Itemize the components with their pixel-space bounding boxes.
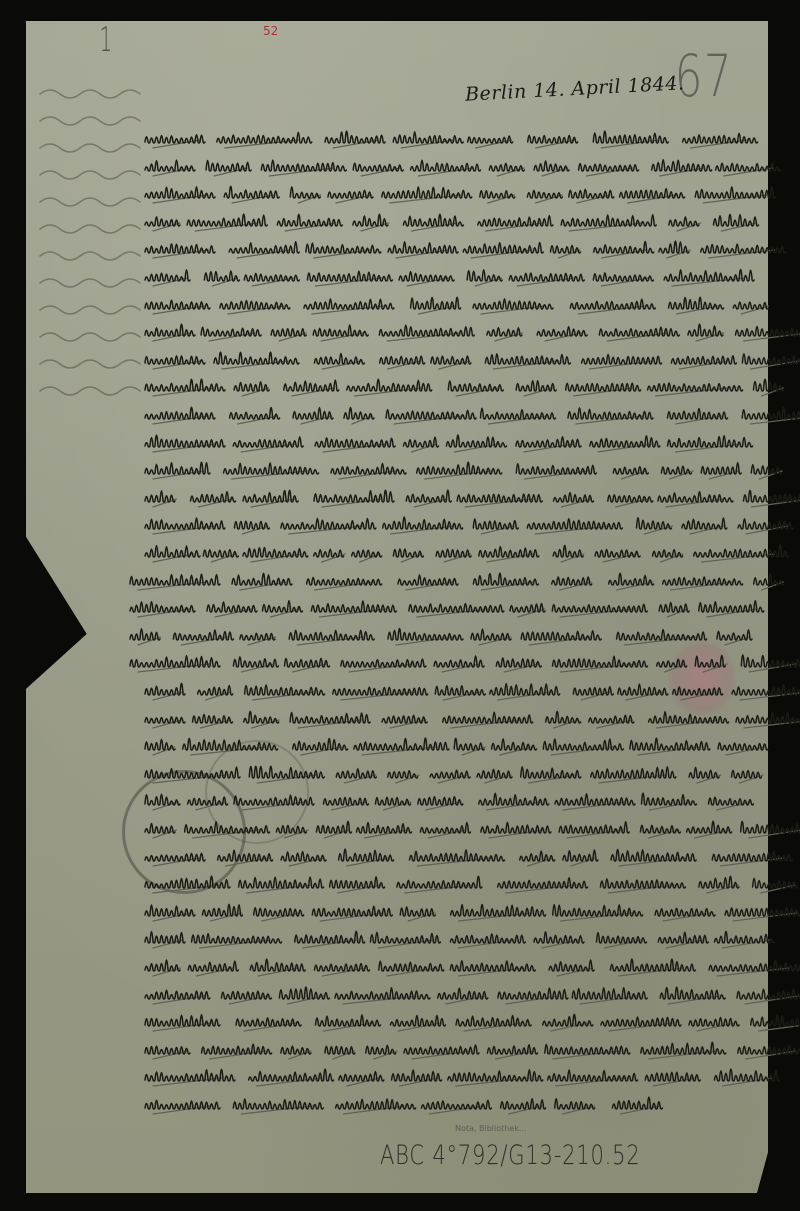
- shelfmark: ABC 4°792/G13-210.52: [380, 1140, 640, 1171]
- handwritten-line: [145, 763, 765, 787]
- handwritten-line: [145, 376, 765, 400]
- handwritten-line: [145, 211, 765, 235]
- bleed-through-line: [40, 269, 140, 293]
- handwritten-line: [145, 873, 765, 897]
- handwritten-line: [145, 790, 765, 814]
- bleed-through-line: [40, 215, 140, 239]
- bleed-through-line: [40, 242, 140, 266]
- folio-number-left: 1: [99, 20, 112, 60]
- handwritten-line: [145, 956, 765, 980]
- handwritten-line: [145, 349, 765, 373]
- bleed-through-line: [40, 188, 140, 212]
- red-page-number: 52: [263, 24, 278, 38]
- bleed-through-line: [40, 134, 140, 158]
- handwritten-line: [145, 183, 765, 207]
- handwritten-line: [145, 846, 765, 870]
- handwritten-line: [145, 542, 765, 566]
- bleed-through-line: [40, 80, 140, 104]
- bleed-through-line: [40, 107, 140, 131]
- handwritten-line: [145, 818, 765, 842]
- handwritten-line: [145, 984, 765, 1008]
- handwritten-line: [145, 432, 765, 456]
- handwritten-line: [145, 708, 765, 732]
- handwritten-line: [130, 570, 765, 594]
- handwritten-line: [145, 1094, 640, 1118]
- bleed-through-line: [40, 161, 140, 185]
- handwritten-line: [145, 321, 765, 345]
- bleed-through-line: [40, 377, 140, 401]
- handwritten-line: [145, 459, 765, 483]
- bleed-through-line: [40, 323, 140, 347]
- handwritten-line: [145, 1011, 765, 1035]
- handwritten-line: [145, 266, 765, 290]
- bleed-through-line: [40, 350, 140, 374]
- handwritten-line: [145, 404, 765, 428]
- handwritten-line: [130, 597, 765, 621]
- handwritten-line: [145, 680, 765, 704]
- handwritten-line: [145, 928, 765, 952]
- handwritten-line: [145, 1039, 765, 1063]
- handwritten-line: [130, 652, 765, 676]
- handwritten-line: [145, 156, 765, 180]
- handwritten-line: [145, 294, 765, 318]
- handwritten-line: [145, 901, 765, 925]
- handwritten-line: [145, 514, 765, 538]
- shelfmark-note: Nota, Bibliothek...: [455, 1124, 527, 1133]
- wax-seal-trace: [668, 640, 736, 716]
- handwritten-line: [145, 487, 765, 511]
- handwritten-line: [130, 625, 765, 649]
- bleed-through-line: [40, 296, 140, 320]
- handwritten-line: [145, 238, 765, 262]
- handwritten-line: [145, 735, 765, 759]
- handwritten-line: [145, 1066, 765, 1090]
- handwritten-line: [145, 128, 765, 152]
